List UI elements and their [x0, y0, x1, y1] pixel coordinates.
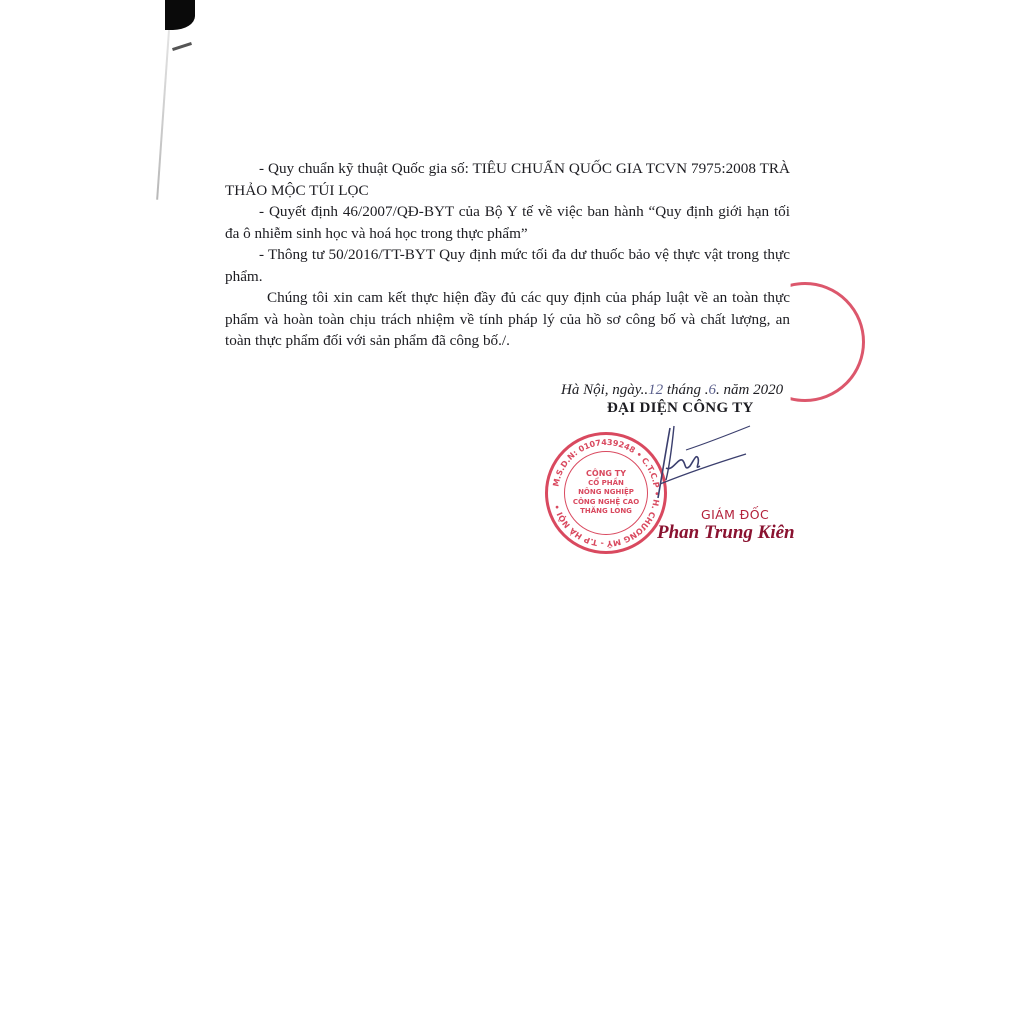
place-date: Hà Nội, ngày..12 tháng .6. năm 2020 — [561, 382, 783, 399]
date-year: 2020 — [753, 382, 783, 398]
signature-icon — [600, 420, 760, 520]
scan-corner-shadow — [165, 0, 195, 30]
paragraph-commitment: Chúng tôi xin cam kết thực hiện đầy đủ c… — [225, 287, 790, 352]
paragraph-standard: - Quy chuẩn kỹ thuật Quốc gia số: TIÊU C… — [225, 158, 790, 201]
date-day: 12 — [648, 382, 663, 398]
date-month-label: tháng — [667, 382, 701, 398]
date-month: 6 — [709, 382, 717, 398]
scan-page-edge — [156, 30, 170, 200]
date-year-label: năm — [724, 382, 750, 398]
paragraph-circular: - Thông tư 50/2016/TT-BYT Quy định mức t… — [225, 244, 790, 287]
place-date-prefix: Hà Nội, ngày — [561, 382, 641, 398]
document-body: - Quy chuẩn kỹ thuật Quốc gia số: TIÊU C… — [225, 158, 790, 352]
director-name: Phan Trung Kiên — [657, 522, 795, 544]
director-title: GIÁM ĐỐC — [701, 507, 769, 522]
paragraph-decision: - Quyết định 46/2007/QĐ-BYT của Bộ Y tế … — [225, 201, 790, 244]
representative-title: ĐẠI DIỆN CÔNG TY — [607, 400, 754, 417]
scan-mark — [172, 42, 192, 51]
